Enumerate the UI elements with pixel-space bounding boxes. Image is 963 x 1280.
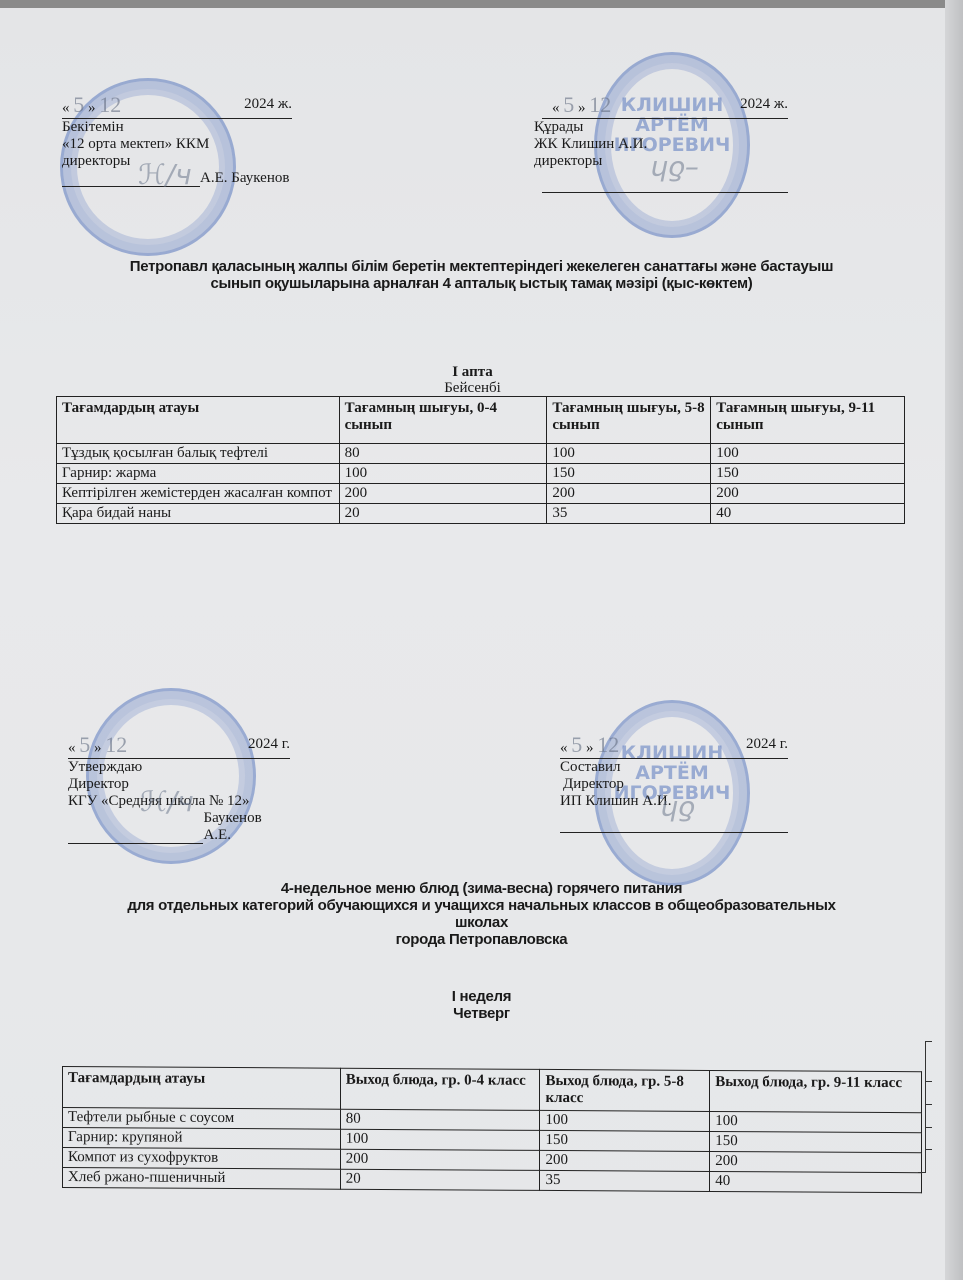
portion-cell: 35 (547, 504, 711, 524)
approval-date: « 5 » 12 2024 г. (68, 736, 290, 759)
approval-line: Составил (560, 759, 788, 776)
table-row: Кептірілген жемістерден жасалған компот2… (57, 484, 905, 504)
dish-name-cell: Қара бидай наны (57, 504, 340, 524)
header-cell: Тағамның шығуы, 5-8 сынып (547, 397, 711, 444)
approval-date: « 5 » 12 2024 г. (560, 736, 788, 759)
portion-cell: 100 (340, 1129, 540, 1150)
portion-cell: 150 (710, 1131, 922, 1152)
portion-cell: 200 (547, 484, 711, 504)
table-row: Қара бидай наны203540 (57, 504, 905, 524)
portion-cell: 200 (711, 484, 905, 504)
dish-name-cell: Компот из сухофруктов (63, 1148, 341, 1170)
portion-cell: 40 (710, 1171, 922, 1192)
approval-date: « 5 » 12 2024 ж. (542, 96, 788, 119)
ru-menu-table: Тағамдардың атауы Выход блюда, гр. 0-4 к… (62, 1066, 922, 1193)
approval-line: Бекітемін (62, 119, 292, 136)
signer-name: А.Е. Баукенов (200, 170, 289, 187)
portion-cell: 100 (710, 1111, 922, 1132)
portion-cell: 100 (547, 444, 711, 464)
dish-name-cell: Хлеб ржано-пшеничный (63, 1168, 341, 1190)
approval-date: « 5 » 12 2024 ж. (62, 96, 292, 119)
dish-name-cell: Кептірілген жемістерден жасалған компот (57, 484, 340, 504)
approval-line: «12 орта мектеп» ККМ (62, 136, 292, 153)
portion-cell: 100 (540, 1110, 710, 1131)
signature-mark: ɥƍ (660, 790, 695, 823)
portion-cell: 100 (711, 444, 905, 464)
kz-menu-table: Тағамдардың атауы Тағамның шығуы, 0-4 сы… (56, 396, 905, 524)
dish-name-cell: Гарнир: жарма (57, 464, 340, 484)
kz-title: Петропавл қаласының жалпы білім беретін … (0, 258, 963, 292)
kz-week-heading: I апта Бейсенбі (0, 364, 945, 396)
portion-cell: 200 (340, 1149, 540, 1170)
dish-name-cell: Тефтели рыбные с соусом (63, 1108, 341, 1130)
signature-mark: ℋ/ч (138, 158, 192, 191)
signature-mark: ℋ/ч (140, 785, 194, 818)
header-cell: Выход блюда, гр. 0-4 класс (340, 1068, 540, 1110)
header-cell: Выход блюда, гр. 9-11 класс (710, 1070, 922, 1112)
portion-cell: 20 (340, 1169, 540, 1190)
portion-cell: 200 (710, 1151, 922, 1172)
portion-cell: 100 (339, 464, 547, 484)
header-cell: Тағамның шығуы, 9-11 сынып (711, 397, 905, 444)
dish-name-cell: Тұздық қосылған балық тефтелі (57, 444, 340, 464)
dish-name-cell: Гарнир: крупяной (63, 1128, 341, 1150)
portion-cell: 80 (339, 444, 547, 464)
portion-cell: 200 (339, 484, 547, 504)
portion-cell: 35 (540, 1170, 710, 1191)
header-cell: Тағамдардың атауы (63, 1067, 341, 1110)
portion-cell: 20 (339, 504, 547, 524)
approval-line: Утверждаю (68, 759, 290, 776)
portion-cell: 200 (540, 1150, 710, 1171)
table-margin-ruler (925, 1041, 929, 1173)
header-cell: Тағамдардың атауы (57, 397, 340, 444)
approval-line: Құрады (534, 119, 788, 136)
ru-week-heading: I неделя Четверг (0, 988, 963, 1022)
portion-cell: 150 (540, 1130, 710, 1151)
portion-cell: 150 (711, 464, 905, 484)
table-row: Тұздық қосылған балық тефтелі80100100 (57, 444, 905, 464)
signer-name: Баукенов А.Е. (203, 810, 290, 844)
portion-cell: 40 (711, 504, 905, 524)
table-row: Гарнир: жарма100150150 (57, 464, 905, 484)
header-cell: Выход блюда, гр. 5-8 класс (540, 1069, 710, 1111)
portion-cell: 150 (547, 464, 711, 484)
header-cell: Тағамның шығуы, 0-4 сынып (339, 397, 547, 444)
ru-title: 4-недельное меню блюд (зима-весна) горяч… (0, 880, 963, 948)
portion-cell: 80 (340, 1109, 540, 1130)
signature-mark: ɥƍ– (650, 150, 699, 183)
page-edge (945, 0, 963, 1280)
